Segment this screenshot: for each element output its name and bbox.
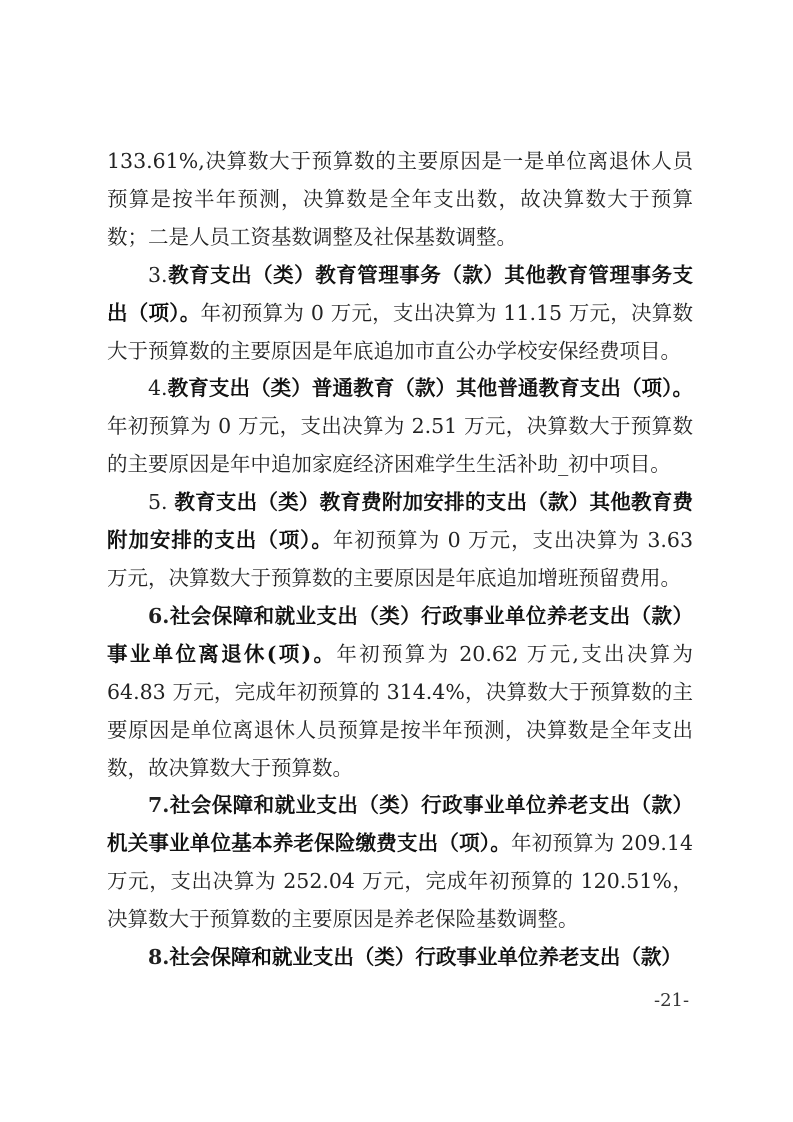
item-number: 6. <box>148 604 169 628</box>
paragraph-text: 133.61%,决算数大于预算数的主要原因是一是单位离退休人员预算是按半年预测，… <box>107 149 693 249</box>
page-number: -21- <box>654 990 689 1011</box>
item-body: 年初预算为 0 万元，支出决算为 2.51 万元，决算数大于预算数的主要原因是年… <box>107 414 693 476</box>
item-number: 4. <box>148 376 168 400</box>
paragraph-item-4: 4.教育支出（类）普通教育（款）其他普通教育支出（项）。年初预算为 0 万元，支… <box>107 370 693 484</box>
item-number: 7. <box>148 793 169 817</box>
item-number: 8. <box>148 945 169 969</box>
document-page: 133.61%,决算数大于预算数的主要原因是一是单位离退休人员预算是按半年预测，… <box>107 143 693 977</box>
item-heading: 教育支出（类）普通教育（款）其他普通教育支出（项）。 <box>168 376 693 400</box>
item-heading: 社会保障和就业支出（类）行政事业单位养老支出（款） <box>169 945 682 969</box>
paragraph-item-5: 5. 教育支出（类）教育费附加安排的支出（款）其他教育费附加安排的支出（项）。年… <box>107 484 693 598</box>
paragraph-item-8: 8.社会保障和就业支出（类）行政事业单位养老支出（款） <box>107 939 693 977</box>
paragraph-item-3: 3.教育支出（类）教育管理事务（款）其他教育管理事务支出（项）。年初预算为 0 … <box>107 257 693 371</box>
paragraph-continuation: 133.61%,决算数大于预算数的主要原因是一是单位离退休人员预算是按半年预测，… <box>107 143 693 257</box>
item-number: 5. <box>148 490 174 514</box>
paragraph-item-7: 7.社会保障和就业支出（类）行政事业单位养老支出（款）机关事业单位基本养老保险缴… <box>107 787 693 939</box>
paragraph-item-6: 6.社会保障和就业支出（类）行政事业单位养老支出（款）事业单位离退休(项)。年初… <box>107 598 693 788</box>
item-number: 3. <box>148 263 168 287</box>
